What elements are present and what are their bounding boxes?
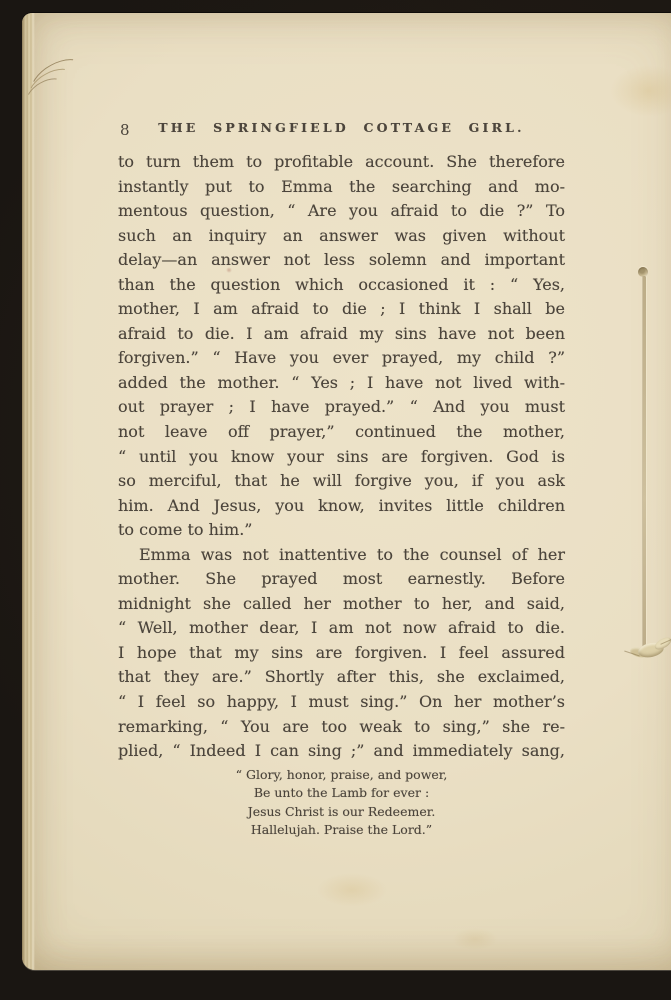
text-line: forgiven.” “ Have you ever prayed, my ch… — [118, 346, 565, 371]
text-line: delay—an answer not less solemn and impo… — [118, 248, 565, 273]
text-line: to come to him.” — [118, 518, 565, 543]
text-line: to turn them to profitable account. She … — [118, 150, 565, 175]
text-line: “ Well, mother dear, I am not now afraid… — [118, 616, 565, 641]
text-line: afraid to die. I am afraid my sins have … — [118, 322, 565, 347]
binding-thread — [643, 276, 646, 648]
text-line: such an inquiry an answer was given with… — [118, 224, 565, 249]
text-line: I hope that my sins are forgiven. I feel… — [118, 641, 565, 666]
page-number: 8 — [120, 121, 131, 139]
thread-knot — [628, 635, 671, 665]
text-line: instantly put to Emma the searching and … — [118, 175, 565, 200]
page-edge-stack — [22, 13, 35, 970]
paper-stain — [452, 928, 498, 950]
text-line: mother, I am afraid to die ; I think I s… — [118, 297, 565, 322]
verse-line: Jesus Christ is our Redeemer. — [118, 803, 565, 822]
paper-stain — [317, 873, 387, 907]
text-line: “ until you know your sins are forgiven.… — [118, 445, 565, 470]
verse-line: “ Glory, honor, praise, and power, — [118, 766, 565, 785]
text-line: Emma was not inattentive to the counsel … — [118, 543, 565, 568]
verse-line: Be unto the Lamb for ever : — [118, 784, 565, 803]
text-line: added the mother. “ Yes ; I have not liv… — [118, 371, 565, 396]
text-line: “ I feel so happy, I must sing.” On her … — [118, 690, 565, 715]
scanned-book-photo: 8 THE SPRINGFIELD COTTAGE GIRL. to turn … — [0, 0, 671, 1000]
book-page: 8 THE SPRINGFIELD COTTAGE GIRL. to turn … — [22, 13, 671, 970]
body-text: to turn them to profitable account. She … — [118, 150, 565, 840]
running-header: THE SPRINGFIELD COTTAGE GIRL. — [118, 120, 565, 135]
text-line: remarking, “ You are too weak to sing,” … — [118, 715, 565, 740]
text-line: not leave off prayer,” continued the mot… — [118, 420, 565, 445]
text-line: so merciful, that he will forgive you, i… — [118, 469, 565, 494]
text-line: plied, “ Indeed I can sing ;” and immedi… — [118, 739, 565, 764]
verse-line: Hallelujah. Praise the Lord.” — [118, 821, 565, 840]
text-line: out prayer ; I have prayed.” “ And you m… — [118, 395, 565, 420]
text-line: mother. She prayed most earnestly. Befor… — [118, 567, 565, 592]
paragraph: to turn them to profitable account. She … — [118, 150, 565, 543]
paper-stain — [610, 65, 671, 117]
text-line: midnight she called her mother to her, a… — [118, 592, 565, 617]
text-line: him. And Jesus, you know, invites little… — [118, 494, 565, 519]
text-line: that they are.” Shortly after this, she … — [118, 665, 565, 690]
page-header: 8 THE SPRINGFIELD COTTAGE GIRL. — [118, 120, 565, 140]
hymn-verse: “ Glory, honor, praise, and power, Be un… — [118, 766, 565, 840]
text-line: mentous question, “ Are you afraid to di… — [118, 199, 565, 224]
paragraph: Emma was not inattentive to the counsel … — [118, 543, 565, 764]
text-line: than the question which occasioned it : … — [118, 273, 565, 298]
